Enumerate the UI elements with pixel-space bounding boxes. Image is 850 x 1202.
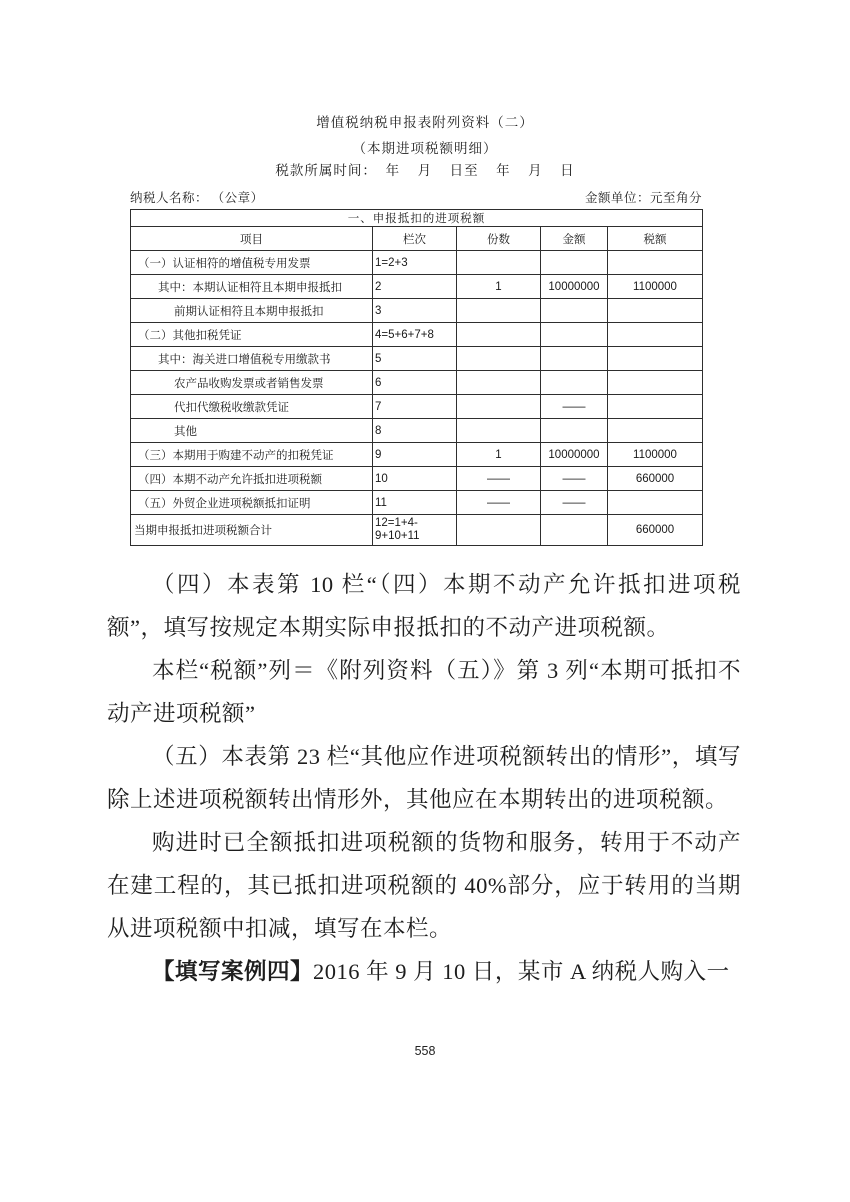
body-paragraph: （四）本表第 10 栏“（四）本期不动产允许抵扣进项税额”，填写按规定本期实际申… [107,563,741,649]
item-cell: 农产品收购发票或者销售发票 [131,371,373,395]
tax-cell: 660000 [608,515,703,546]
tax-cell [608,251,703,275]
amount-cell: —— [541,467,608,491]
column-no-cell: 10 [373,467,457,491]
copies-cell [457,323,541,347]
column-no-cell: 3 [373,299,457,323]
tax-cell [608,323,703,347]
table-row: 代扣代缴税收缴款凭证 7 —— [131,395,703,419]
case-text: 2016 年 9 月 10 日，某市 A 纳税人购入一 [313,959,730,984]
copies-cell: —— [457,491,541,515]
amount-cell [541,299,608,323]
copies-cell [457,347,541,371]
column-no-cell: 12=1+4- 9+10+11 [373,515,457,546]
tax-cell [608,395,703,419]
col-header-tax: 税额 [608,227,703,251]
table-row: 其中：海关进口增值税专用缴款书 5 [131,347,703,371]
col-header-amount: 金额 [541,227,608,251]
amount-unit-note: 金额单位：元至角分 [585,188,702,206]
copies-cell [457,371,541,395]
item-cell: 其中：本期认证相符且本期申报抵扣 [131,275,373,299]
doc-subtitle: （本期进项税额明细） [0,141,850,157]
tax-cell: 660000 [608,467,703,491]
table-section-row: 一、申报抵扣的进项税额 [131,210,703,227]
case-paragraph: 【填写案例四】2016 年 9 月 10 日，某市 A 纳税人购入一 [107,950,741,993]
amount-cell: 10000000 [541,275,608,299]
item-cell: （五）外贸企业进项税额抵扣证明 [131,491,373,515]
column-no-cell: 7 [373,395,457,419]
column-no-cell: 4=5+6+7+8 [373,323,457,347]
amount-cell: —— [541,395,608,419]
copies-cell [457,515,541,546]
col-header-copies: 份数 [457,227,541,251]
copies-cell [457,251,541,275]
document-header: 增值税纳税申报表附列资料（二） （本期进项税额明细） 税款所属时间： 年 月 日… [0,0,850,179]
table-row: 农产品收购发票或者销售发票 6 [131,371,703,395]
item-cell: 代扣代缴税收缴款凭证 [131,395,373,419]
item-cell: 当期申报抵扣进项税额合计 [131,515,373,546]
column-no-cell: 5 [373,347,457,371]
item-cell: 前期认证相符且本期申报抵扣 [131,299,373,323]
item-cell: （四）本期不动产允许抵扣进项税额 [131,467,373,491]
body-text: （四）本表第 10 栏“（四）本期不动产允许抵扣进项税额”，填写按规定本期实际申… [107,563,741,993]
table-row: （一）认证相符的增值税专用发票 1=2+3 [131,251,703,275]
tax-cell [608,419,703,443]
tax-cell: 1100000 [608,443,703,467]
col-header-column-no: 栏次 [373,227,457,251]
table-row: （二）其他扣税凭证 4=5+6+7+8 [131,323,703,347]
copies-cell [457,419,541,443]
col-header-item: 项目 [131,227,373,251]
input-tax-table: 一、申报抵扣的进项税额 项目 栏次 份数 金额 税额 （一）认证相符的增值税专用… [130,209,703,546]
copies-cell [457,395,541,419]
amount-cell [541,323,608,347]
item-cell: 其他 [131,419,373,443]
page-number: 558 [0,1044,850,1058]
amount-cell: 10000000 [541,443,608,467]
copies-cell [457,299,541,323]
copies-cell: —— [457,467,541,491]
column-no-cell: 8 [373,419,457,443]
column-no-cell: 9 [373,443,457,467]
body-paragraph: 本栏“税额”列＝《附列资料（五）》第 3 列“本期可抵扣不动产进项税额” [107,649,741,735]
tax-cell [608,299,703,323]
amount-cell [541,371,608,395]
tax-cell: 1100000 [608,275,703,299]
amount-cell [541,419,608,443]
amount-cell [541,347,608,371]
amount-cell [541,251,608,275]
item-cell: （三）本期用于购建不动产的扣税凭证 [131,443,373,467]
tax-cell [608,371,703,395]
copies-cell: 1 [457,275,541,299]
doc-title: 增值税纳税申报表附列资料（二） [0,114,850,131]
tax-period-line: 税款所属时间： 年 月 日至 年 月 日 [0,163,850,179]
table-total-row: 当期申报抵扣进项税额合计 12=1+4- 9+10+11 660000 [131,515,703,546]
taxpayer-name-label: 纳税人名称： （公章） [130,188,264,206]
amount-cell [541,515,608,546]
table-section-title: 一、申报抵扣的进项税额 [131,210,703,227]
item-cell: 其中：海关进口增值税专用缴款书 [131,347,373,371]
tax-cell [608,347,703,371]
table-row: （四）本期不动产允许抵扣进项税额 10 —— —— 660000 [131,467,703,491]
table-meta-row: 纳税人名称： （公章） 金额单位：元至角分 [130,188,702,206]
case-label: 【填写案例四】 [152,959,313,984]
column-no-cell: 6 [373,371,457,395]
item-cell: （一）认证相符的增值税专用发票 [131,251,373,275]
copies-cell: 1 [457,443,541,467]
column-no-cell: 2 [373,275,457,299]
document-page: 增值税纳税申报表附列资料（二） （本期进项税额明细） 税款所属时间： 年 月 日… [0,0,850,1202]
column-no-cell: 1=2+3 [373,251,457,275]
body-paragraph: （五）本表第 23 栏“其他应作进项税额转出的情形”，填写除上述进项税额转出情形… [107,735,741,821]
item-cell: （二）其他扣税凭证 [131,323,373,347]
table-row: 前期认证相符且本期申报抵扣 3 [131,299,703,323]
column-no-cell: 11 [373,491,457,515]
table-row: 其中：本期认证相符且本期申报抵扣 2 1 10000000 1100000 [131,275,703,299]
tax-cell [608,491,703,515]
table-header-row: 项目 栏次 份数 金额 税额 [131,227,703,251]
amount-cell: —— [541,491,608,515]
table-row: 其他 8 [131,419,703,443]
table-row: （五）外贸企业进项税额抵扣证明 11 —— —— [131,491,703,515]
body-paragraph: 购进时已全额抵扣进项税额的货物和服务，转用于不动产在建工程的，其已抵扣进项税额的… [107,821,741,950]
table-row: （三）本期用于购建不动产的扣税凭证 9 1 10000000 1100000 [131,443,703,467]
